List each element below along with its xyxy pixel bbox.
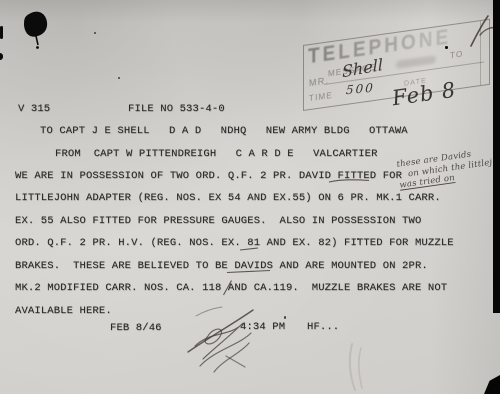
footer-sign-off: HF... [307, 321, 339, 333]
body-line: MK.2 MODIFIED CARR. NOS. CA. 118 AND CA.… [15, 282, 447, 294]
file-number: FILE NO 533-4-0 [128, 103, 225, 115]
serial-number: V 315 [18, 103, 50, 115]
recipient-line: TO CAPT J E SHELL D A D NDHQ NEW ARMY BL… [40, 125, 408, 137]
scan-edge-bottom-right [484, 375, 500, 394]
body-line: ORD. Q.F. 2 PR. H.V. (REG. NOS. EX. 81 A… [15, 237, 454, 249]
body-line: EX. 55 ALSO FITTED FOR PRESSURE GAUGES. … [15, 215, 421, 227]
body-line: AVAILABLE HERE. [15, 305, 112, 317]
body-line: WE ARE IN POSSESSION OF TWO ORD. Q.F. 2 … [15, 170, 402, 182]
ink-blot [24, 12, 47, 49]
stamp-time-label: TIME [309, 91, 333, 103]
illegible-word-smudge [396, 55, 436, 69]
faint-pencil-traces [350, 344, 362, 390]
paper-speck [118, 77, 120, 79]
pencil-scribble-signature [188, 307, 253, 372]
paper-speck [284, 316, 286, 319]
footer-time: 4:34 PM [240, 321, 285, 333]
telegram-scan-page: V 315 FILE NO 533-4-0 TO CAPT J E SHELL … [0, 0, 500, 394]
stamp-mr-label: MR. [309, 75, 329, 88]
handwritten-time: 500 [346, 81, 376, 98]
scan-edge-left-mark [0, 26, 3, 39]
sender-line: FROM CAPT W PITTENDREIGH C A R D E VALCA… [55, 148, 378, 160]
body-line: BRAKES. THESE ARE BELIEVED TO BE DAVIDS … [15, 260, 428, 272]
stamp-inner-border-line [480, 21, 481, 85]
stamp-to-label: TO [450, 49, 463, 60]
scan-edge-left-nub [0, 53, 3, 60]
margin-note: these are Davids on which the littlej wa… [396, 144, 500, 192]
footer-date: FEB 8/46 [110, 322, 162, 334]
body-line: LITTLEJOHN ADAPTER (REG. NOS. EX 54 AND … [15, 192, 441, 204]
paper-speck [94, 32, 96, 34]
